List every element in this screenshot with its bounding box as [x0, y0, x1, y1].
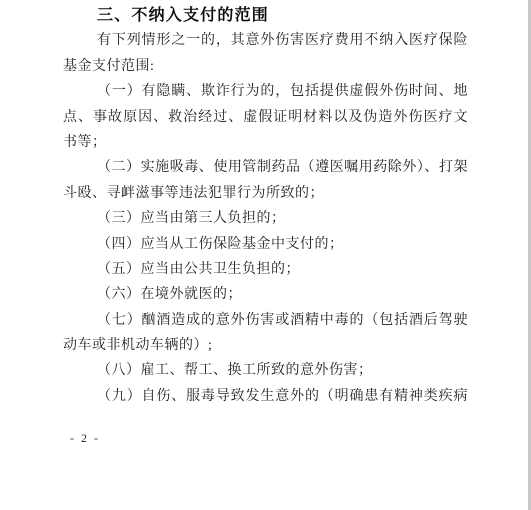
- body-line: 书等；: [63, 130, 468, 155]
- body-line: （七）酗酒造成的意外伤害或酒精中毒的（包括酒后驾驶机: [63, 308, 468, 333]
- body-line: 基金支付范围:: [63, 54, 468, 79]
- body-line: （二）实施吸毒、使用管制药品（遵医嘱用药除外）、打架: [63, 155, 468, 180]
- section-heading: 三、不纳入支付的范围: [63, 3, 468, 28]
- body-line: （六）在境外就医的；: [63, 282, 468, 307]
- document-body: 三、不纳入支付的范围 有下列情形之一的，其意外伤害医疗费用不纳入医疗保险 基金支…: [63, 3, 468, 409]
- body-line: （九）自伤、服毒导致发生意外的（明确患有精神类疾病的: [63, 384, 468, 409]
- page-number: - 2 -: [70, 431, 100, 446]
- document-page: 三、不纳入支付的范围 有下列情形之一的，其意外伤害医疗费用不纳入医疗保险 基金支…: [0, 0, 531, 510]
- body-line: （一）有隐瞒、欺诈行为的，包括提供虚假外伤时间、地: [63, 79, 468, 104]
- body-line: 点、事故原因、救治经过、虚假证明材料以及伪造外伤医疗文: [63, 105, 468, 130]
- body-line: 有下列情形之一的，其意外伤害医疗费用不纳入医疗保险: [63, 28, 468, 53]
- body-line: 动车或非机动车辆的）;: [63, 333, 468, 358]
- body-line: （三）应当由第三人负担的；: [63, 206, 468, 231]
- body-line: （八）雇工、帮工、换工所致的意外伤害；: [63, 358, 468, 383]
- body-line: （四）应当从工伤保险基金中支付的；: [63, 232, 468, 257]
- body-line: （五）应当由公共卫生负担的；: [63, 257, 468, 282]
- body-line: 斗殴、寻衅滋事等违法犯罪行为所致的；: [63, 181, 468, 206]
